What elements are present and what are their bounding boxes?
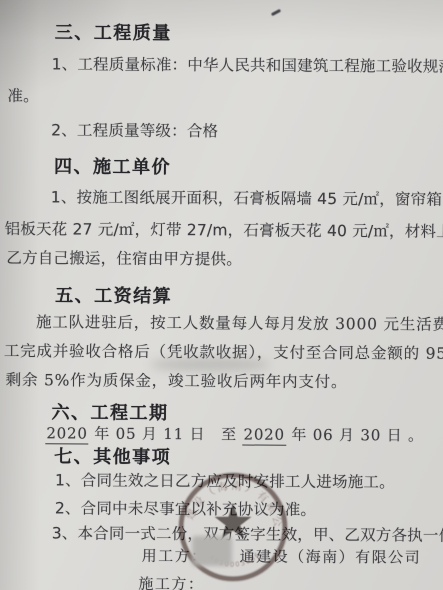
- section-heading-other: 七、其他事项: [54, 442, 171, 469]
- contract-line: 1、按施工图纸展开面积，石膏板隔墙 45 元/㎡，窗帘箱 30/m，: [51, 185, 443, 210]
- contract-line: 乙方自己搬运，住宿由甲方提供。: [6, 246, 242, 269]
- stamp-star-icon: [215, 504, 252, 539]
- section-heading-duration: 六、工程工期: [51, 398, 168, 425]
- date-year-to: 2020: [242, 425, 285, 445]
- contract-line: 剩余 5%作为质保金，竣工验收后两年内支付。: [6, 368, 348, 392]
- contract-line: 2、工程质量等级：合格: [51, 118, 218, 141]
- contract-document-photo: 三、工程质量 1、工程质量标准：中华人民共和国建筑工程施工验收规范、标 准。 2…: [0, 0, 443, 590]
- section-heading-quality: 三、工程质量: [55, 18, 172, 45]
- contract-line: 1、工程质量标准：中华人民共和国建筑工程施工验收规范、标: [52, 52, 443, 77]
- date-to-rest: 年 06 月 30 日 。: [286, 426, 424, 445]
- section-heading-wages: 五、工资结算: [55, 281, 172, 308]
- section-heading-unit-price: 四、施工单价: [54, 152, 171, 179]
- date-from-rest: 年 05 月 11 日 至: [89, 425, 243, 444]
- company-seal-stamp: 建设（海南）有限公司 4610003086: [174, 468, 292, 586]
- redaction-blur: [192, 536, 232, 566]
- contract-line: 准。: [7, 84, 39, 106]
- contract-line: 铝板天花 27 元/㎡，灯带 27/m，石膏板天花 40 元/㎡，材料上楼由: [5, 217, 443, 242]
- contract-line: 施工队进驻后，按工人数量每人每月发放 3000 元生活费！施: [36, 310, 443, 335]
- smudge-mark: [150, 358, 270, 371]
